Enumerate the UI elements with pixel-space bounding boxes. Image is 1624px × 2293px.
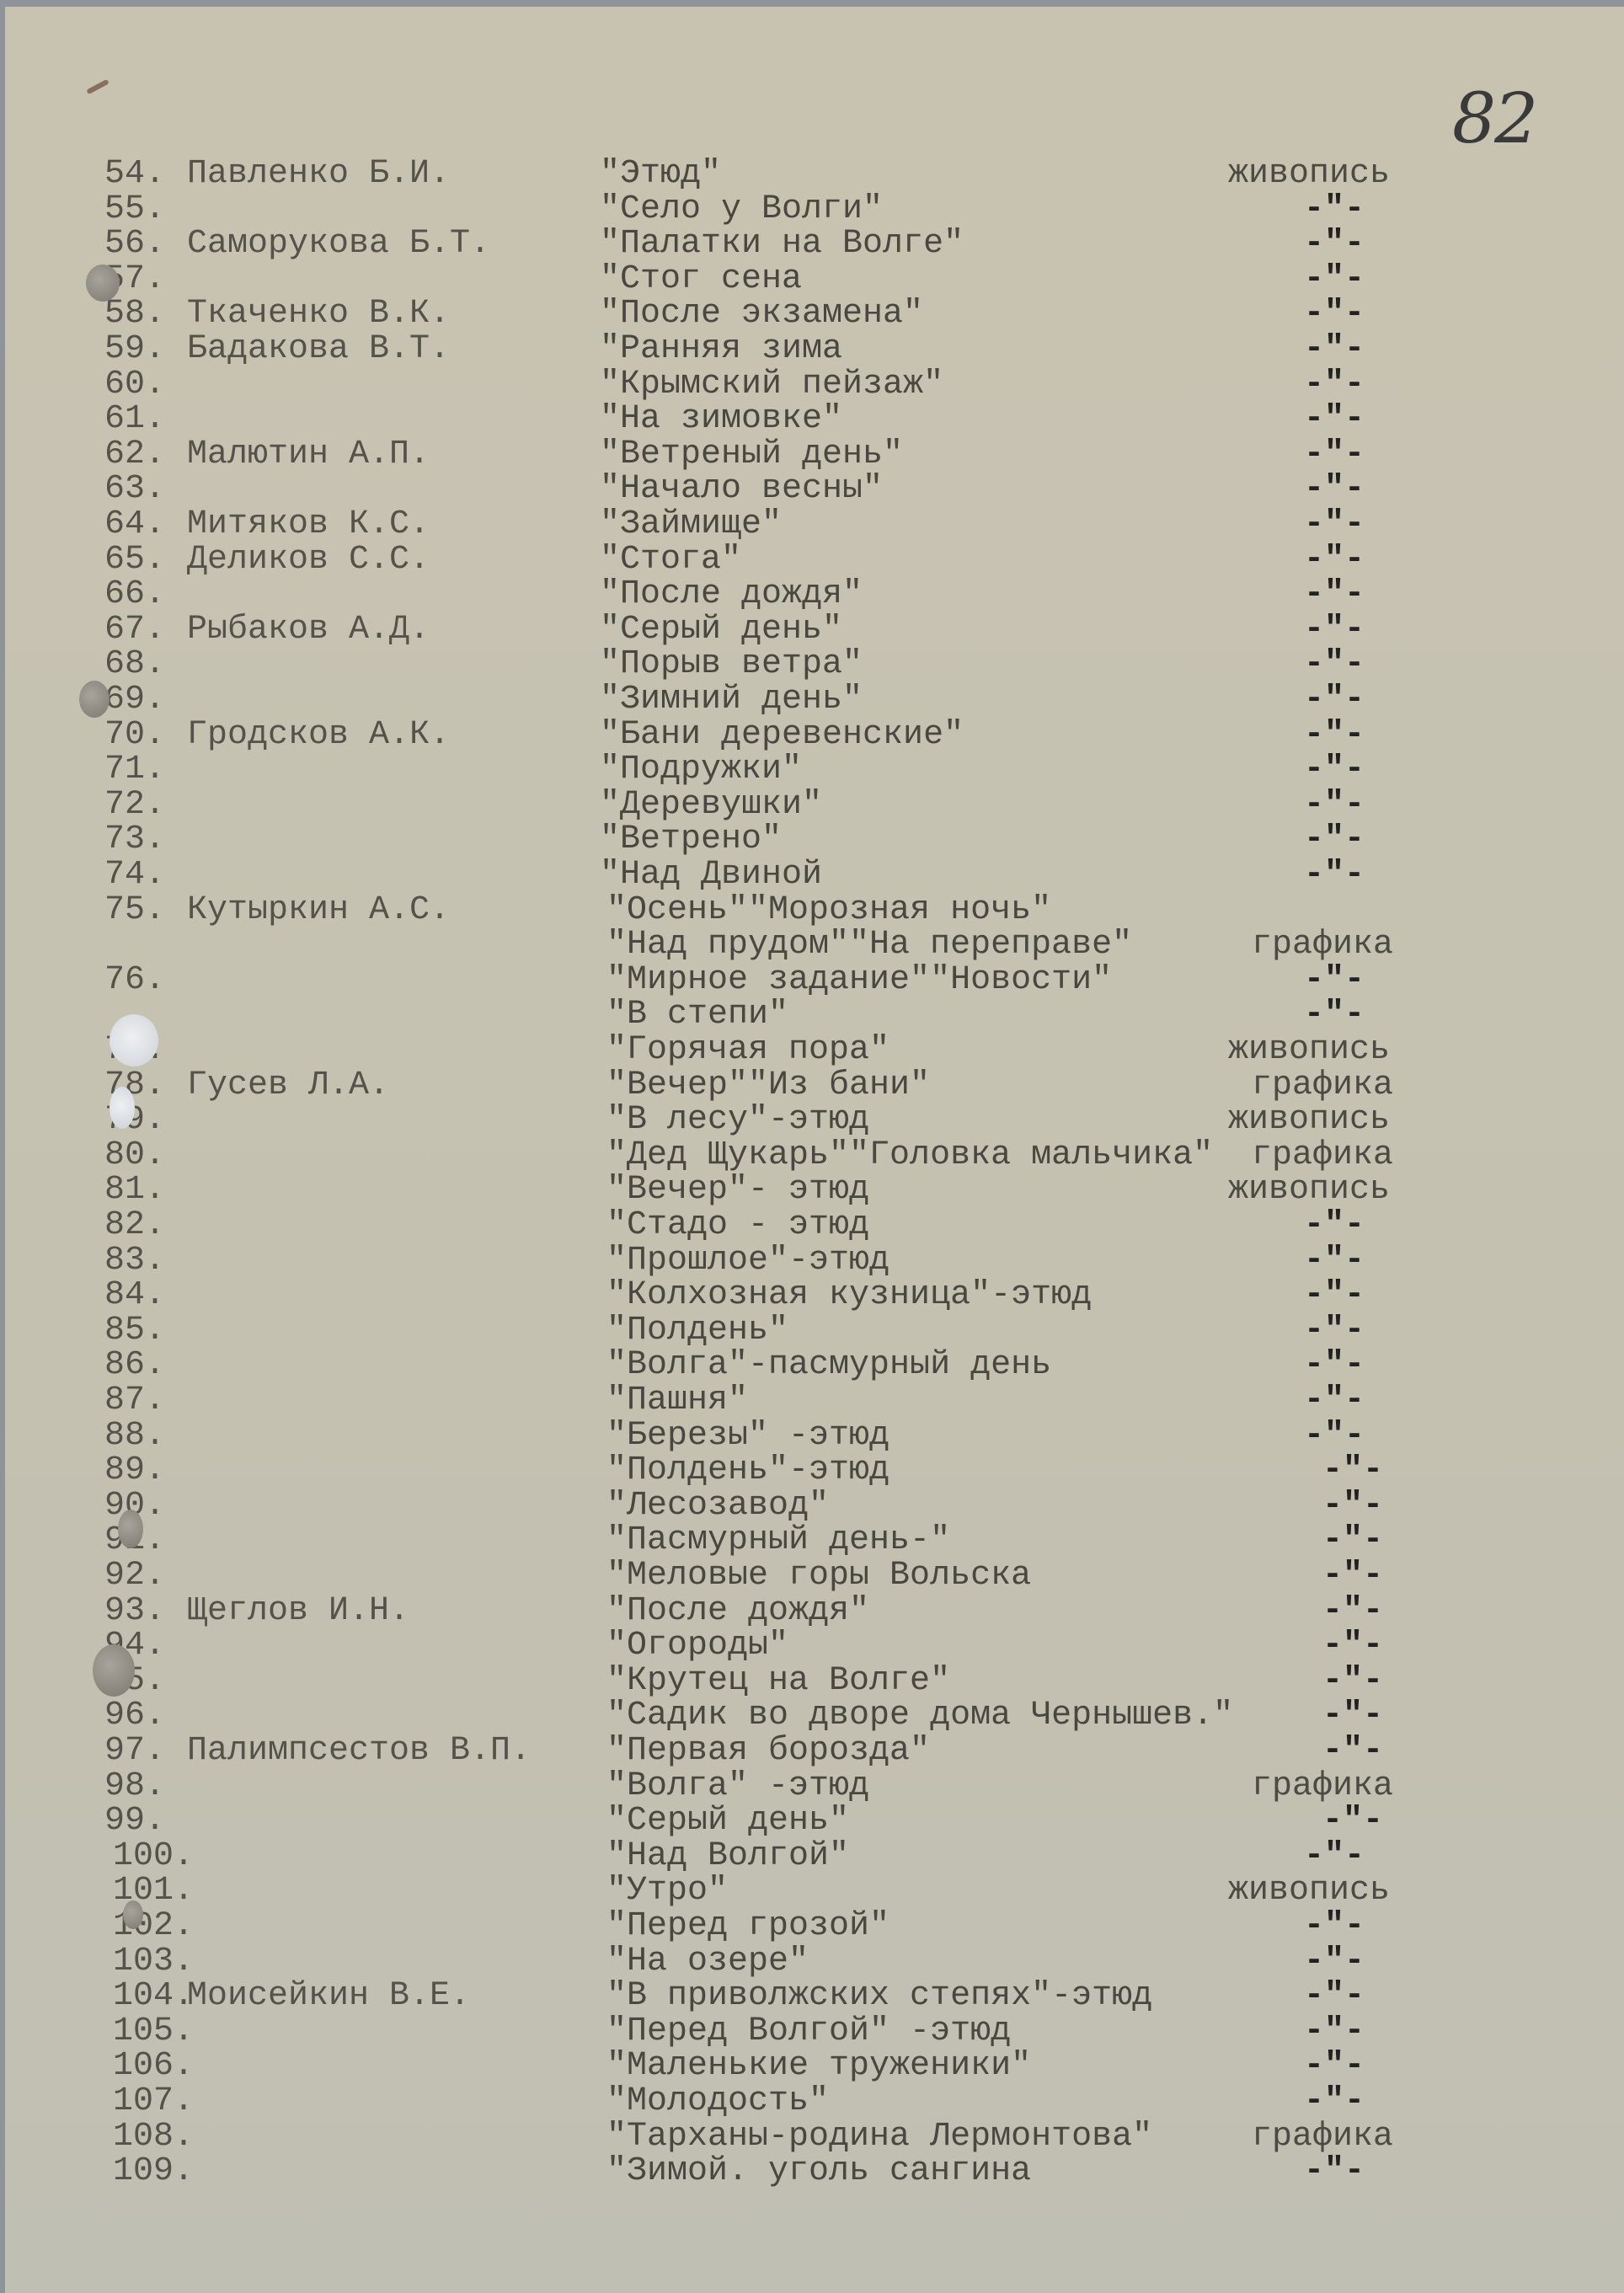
- artwork-category: живопись: [1228, 1103, 1390, 1138]
- artwork-title: "Стог сена: [600, 262, 802, 297]
- entry-number: 106.: [113, 2049, 194, 2084]
- list-item: 87."Пашня"-"-: [5, 1383, 1605, 1419]
- artwork-category: -"-: [1304, 507, 1365, 543]
- entry-number: 92.: [104, 1558, 165, 1594]
- artwork-category: -"-: [1322, 1628, 1383, 1664]
- artwork-category: живопись: [1228, 1033, 1390, 1068]
- artwork-title: "Палатки на Волге": [600, 227, 964, 262]
- list-item: 56.Саморукова Б.Т."Палатки на Волге"-"-: [5, 227, 1605, 262]
- list-item: 58.Ткаченко В.К."После экзамена"-"-: [5, 297, 1605, 332]
- artwork-title: "Над прудом""На переправе": [606, 927, 1132, 963]
- artwork-category: графика: [1252, 927, 1393, 963]
- artwork-title: "Пасмурный день-": [606, 1523, 950, 1558]
- artwork-category: -"-: [1322, 1523, 1383, 1558]
- artwork-category: -"-: [1304, 367, 1365, 403]
- artwork-title: "На озере": [606, 1944, 809, 1980]
- list-item: 69."Зимний день"-"-: [5, 682, 1605, 718]
- artwork-category: -"-: [1304, 647, 1365, 682]
- artwork-category: -"-: [1304, 1313, 1365, 1349]
- entry-number: 61.: [104, 402, 165, 437]
- artwork-category: -"-: [1304, 1979, 1365, 2014]
- artist-name: Щеглов И.Н.: [187, 1594, 409, 1629]
- artwork-title: "Перед Волгой" -этюд: [606, 2014, 1011, 2050]
- artwork-title: "Вечер"- этюд: [606, 1173, 869, 1208]
- artwork-category: -"-: [1304, 2049, 1365, 2084]
- artist-name: Кутыркин А.С.: [187, 893, 450, 928]
- artwork-title: "Прошлое"-этюд: [606, 1243, 889, 1279]
- artwork-category: -"-: [1304, 1839, 1365, 1874]
- list-item: 108."Тарханы-родина Лермонтова"графика: [5, 2119, 1605, 2155]
- punch-hole: [123, 1900, 143, 1929]
- entry-number: 65.: [104, 543, 165, 578]
- artwork-category: -"-: [1304, 858, 1365, 893]
- artwork-title: "Серый день": [606, 1804, 849, 1839]
- artwork-category: живопись: [1228, 1873, 1390, 1909]
- artwork-title: "Перед грозой": [606, 1909, 889, 1944]
- artist-name: Рыбаков А.Д.: [187, 612, 430, 648]
- entry-number: 58.: [104, 297, 165, 332]
- list-item: 109."Зимой. уголь сангина-"-: [5, 2154, 1605, 2189]
- artwork-category: -"-: [1322, 1489, 1383, 1524]
- entry-number: 59.: [104, 332, 165, 367]
- list-item: 62.Малютин А.П."Ветреный день"-"-: [5, 437, 1605, 473]
- list-item: 91."Пасмурный день-"-"-: [5, 1523, 1605, 1558]
- artwork-title: "Займище": [600, 507, 782, 543]
- artwork-category: -"-: [1304, 718, 1365, 753]
- list-item: 90."Лесозавод"-"-: [5, 1489, 1605, 1524]
- list-item: 101."Утро"живопись: [5, 1873, 1605, 1909]
- entry-number: 100.: [113, 1839, 194, 1874]
- artwork-title: "В приволжских степях"-этюд: [606, 1979, 1152, 2014]
- entry-number: 72.: [104, 788, 165, 823]
- list-item: 64.Митяков К.С."Займище"-"-: [5, 507, 1605, 543]
- entry-number: 74.: [104, 858, 165, 893]
- artwork-title: "Этюд": [600, 157, 721, 192]
- entry-number: 62.: [104, 437, 165, 473]
- entry-number: 99.: [104, 1804, 165, 1839]
- handwritten-page-number: 82: [1452, 79, 1536, 159]
- punch-hole: [79, 681, 110, 718]
- list-item: 54.Павленко Б.И."Этюд"живопись: [5, 157, 1605, 192]
- list-item: 74."Над Двиной-"-: [5, 858, 1605, 893]
- artwork-title: "Волга" -этюд: [606, 1769, 869, 1804]
- artwork-title: "Крутец на Волге": [606, 1664, 950, 1699]
- artwork-category: -"-: [1304, 752, 1365, 788]
- artwork-category: -"-: [1304, 543, 1365, 578]
- punch-hole: [86, 265, 120, 302]
- artwork-category: живопись: [1228, 157, 1390, 192]
- entry-number: 64.: [104, 507, 165, 543]
- artwork-category: -"-: [1304, 192, 1365, 227]
- artwork-category: -"-: [1304, 788, 1365, 823]
- list-item: 77."Горячая пора"живопись: [5, 1033, 1605, 1068]
- artwork-title: "Тарханы-родина Лермонтова": [606, 2119, 1152, 2155]
- artwork-title: "Зимой. уголь сангина: [606, 2154, 1031, 2189]
- artwork-category: -"-: [1304, 577, 1365, 612]
- artwork-category: -"-: [1304, 402, 1365, 437]
- artwork-title: "После дождя": [600, 577, 863, 612]
- entry-number: 66.: [104, 577, 165, 612]
- list-item: "В степи"-"-: [5, 997, 1605, 1033]
- artwork-title: "Ветреный день": [600, 437, 903, 473]
- artwork-title: "Крымский пейзаж": [600, 367, 943, 403]
- artwork-category: -"-: [1322, 1804, 1383, 1839]
- artwork-category: живопись: [1228, 1173, 1390, 1208]
- artwork-title: "Начало весны": [600, 472, 883, 507]
- list-item: 106."Маленькие труженики"-"-: [5, 2049, 1605, 2084]
- artwork-title: "Над Двиной: [600, 858, 822, 893]
- artwork-title: "Стадо - этюд: [606, 1208, 869, 1243]
- artwork-title: "Волга"-пасмурный день: [606, 1348, 1051, 1383]
- list-item: 84."Колхозная кузница"-этюд-"-: [5, 1278, 1605, 1313]
- list-item: 102."Перед грозой"-"-: [5, 1909, 1605, 1944]
- artist-name: Митяков К.С.: [187, 507, 430, 543]
- list-item: 70.Гродсков А.К."Бани деревенские"-"-: [5, 718, 1605, 753]
- list-item: 73."Ветрено"-"-: [5, 822, 1605, 858]
- entry-number: 86.: [104, 1348, 165, 1383]
- list-item: 94."Огороды"-"-: [5, 1628, 1605, 1664]
- artwork-title: "Ветрено": [600, 822, 782, 858]
- artwork-category: -"-: [1322, 1594, 1383, 1629]
- list-item: 76."Мирное задание""Новости"-"-: [5, 963, 1605, 998]
- list-item: 83."Прошлое"-этюд-"-: [5, 1243, 1605, 1279]
- list-item: 104.Моисейкин В.Е."В приволжских степях"…: [5, 1979, 1605, 2014]
- list-item: 66."После дождя"-"-: [5, 577, 1605, 612]
- punch-hole: [118, 1510, 143, 1548]
- artwork-category: -"-: [1304, 1909, 1365, 1944]
- list-item: 82."Стадо - этюд-"-: [5, 1208, 1605, 1243]
- artwork-category: -"-: [1304, 1278, 1365, 1313]
- document-page: 82 54.Павленко Б.И."Этюд"живопись55."Сел…: [5, 7, 1624, 2293]
- list-item: 68."Порыв ветра"-"-: [5, 647, 1605, 682]
- artwork-category: -"-: [1304, 682, 1365, 718]
- artwork-category: графика: [1252, 1138, 1393, 1173]
- artwork-category: -"-: [1304, 227, 1365, 262]
- list-item: 96."Садик во дворе дома Чернышев."-"-: [5, 1698, 1605, 1734]
- list-item: 81."Вечер"- этюдживопись: [5, 1173, 1605, 1208]
- artist-name: Палимпсестов В.П.: [187, 1734, 531, 1769]
- entry-number: 107.: [113, 2084, 194, 2119]
- entry-number: 76.: [104, 963, 165, 998]
- entry-number: 56.: [104, 227, 165, 262]
- artwork-title: "Полдень": [606, 1313, 788, 1349]
- artwork-title: "Садик во дворе дома Чернышев.": [606, 1698, 1233, 1734]
- artwork-title: "Молодость": [606, 2084, 829, 2119]
- artwork-title: "Вечер""Из бани": [606, 1068, 930, 1104]
- entry-number: 60.: [104, 367, 165, 403]
- artwork-category: графика: [1252, 1068, 1393, 1104]
- artwork-category: -"-: [1304, 822, 1365, 858]
- list-item: 72."Деревушки"-"-: [5, 788, 1605, 823]
- ink-mark: [86, 79, 110, 94]
- list-item: 80."Дед Щукарь""Головка мальчика"графика: [5, 1138, 1605, 1173]
- artist-name: Малютин А.П.: [187, 437, 430, 473]
- artwork-title: "Мирное задание""Новости": [606, 963, 1112, 998]
- list-item: 98."Волга" -этюдграфика: [5, 1769, 1605, 1804]
- artwork-category: -"-: [1304, 472, 1365, 507]
- artist-name: Павленко Б.И.: [187, 157, 450, 192]
- list-item: 103."На озере"-"-: [5, 1944, 1605, 1980]
- list-item: 71."Подружки"-"-: [5, 752, 1605, 788]
- list-item: 95."Крутец на Волге"-"-: [5, 1664, 1605, 1699]
- artwork-category: -"-: [1304, 332, 1365, 367]
- artwork-category: -"-: [1304, 437, 1365, 473]
- artwork-title: "Серый день": [600, 612, 842, 648]
- entry-number: 67.: [104, 612, 165, 648]
- artwork-title: "На зимовке": [600, 402, 842, 437]
- entry-number: 70.: [104, 718, 165, 753]
- list-item: 63."Начало весны"-"-: [5, 472, 1605, 507]
- artwork-category: графика: [1252, 2119, 1393, 2155]
- artwork-title: "Березы" -этюд: [606, 1419, 889, 1454]
- list-item: 75.Кутыркин А.С."Осень""Морозная ночь": [5, 893, 1605, 928]
- punch-hole: [110, 1087, 135, 1129]
- artwork-category: -"-: [1304, 997, 1365, 1033]
- list-item: 99."Серый день"-"-: [5, 1804, 1605, 1839]
- list-item: 67.Рыбаков А.Д."Серый день"-"-: [5, 612, 1605, 648]
- entry-number: 104.: [113, 1979, 194, 2014]
- artist-name: Гусев Л.А.: [187, 1068, 389, 1104]
- artwork-title: "Осень""Морозная ночь": [606, 893, 1051, 928]
- artwork-title: "Горячая пора": [606, 1033, 889, 1068]
- artwork-title: "Маленькие труженики": [606, 2049, 1031, 2084]
- entry-number: 98.: [104, 1769, 165, 1804]
- entry-number: 68.: [104, 647, 165, 682]
- artwork-title: "Первая борозда": [606, 1734, 930, 1769]
- entry-number: 109.: [113, 2154, 194, 2189]
- artist-name: Саморукова Б.Т.: [187, 227, 490, 262]
- list-item: 92."Меловые горы Вольска-"-: [5, 1558, 1605, 1594]
- artwork-category: -"-: [1304, 963, 1365, 998]
- artist-name: Деликов С.С.: [187, 543, 430, 578]
- list-item: 85."Полдень"-"-: [5, 1313, 1605, 1349]
- artwork-category: -"-: [1304, 1944, 1365, 1980]
- artwork-title: "Дед Щукарь""Головка мальчика": [606, 1138, 1213, 1173]
- artwork-title: "Деревушки": [600, 788, 822, 823]
- artwork-title: "Лесозавод": [606, 1489, 829, 1524]
- artwork-category: -"-: [1304, 2014, 1365, 2050]
- list-item: 86."Волга"-пасмурный день-"-: [5, 1348, 1605, 1383]
- entry-number: 96.: [104, 1698, 165, 1734]
- artist-name: Моисейкин В.Е.: [187, 1979, 470, 2014]
- entry-number: 83.: [104, 1243, 165, 1279]
- artwork-title: "Зимний день": [600, 682, 863, 718]
- artwork-title: "Колхозная кузница"-этюд: [606, 1278, 1092, 1313]
- artist-name: Бадакова В.Т.: [187, 332, 450, 367]
- artwork-title: "После экзамена": [600, 297, 923, 332]
- list-item: 78.Гусев Л.А."Вечер""Из бани"графика: [5, 1068, 1605, 1104]
- artwork-category: -"-: [1304, 612, 1365, 648]
- entry-number: 81.: [104, 1173, 165, 1208]
- artwork-title: "Порыв ветра": [600, 647, 863, 682]
- entry-number: 73.: [104, 822, 165, 858]
- artwork-title: "Ранняя зима: [600, 332, 842, 367]
- artwork-title: "В лесу"-этюд: [606, 1103, 869, 1138]
- artwork-category: -"-: [1304, 262, 1365, 297]
- artwork-category: -"-: [1304, 1348, 1365, 1383]
- list-item: 59.Бадакова В.Т."Ранняя зима-"-: [5, 332, 1605, 367]
- artwork-title: "Полдень"-этюд: [606, 1453, 889, 1489]
- list-item: 65.Деликов С.С."Стога"-"-: [5, 543, 1605, 578]
- artwork-category: -"-: [1304, 1208, 1365, 1243]
- entry-number: 85.: [104, 1313, 165, 1349]
- entry-number: 108.: [113, 2119, 194, 2155]
- entry-number: 69.: [104, 682, 165, 718]
- list-item: 107."Молодость"-"-: [5, 2084, 1605, 2119]
- artwork-title: "Село у Волги": [600, 192, 883, 227]
- artist-name: Ткаченко В.К.: [187, 297, 450, 332]
- entry-number: 88.: [104, 1419, 165, 1454]
- entry-number: 87.: [104, 1383, 165, 1419]
- list-item: 89."Полдень"-этюд-"-: [5, 1453, 1605, 1489]
- artwork-category: -"-: [1304, 2084, 1365, 2119]
- entry-number: 55.: [104, 192, 165, 227]
- artwork-category: -"-: [1322, 1453, 1383, 1489]
- punch-hole: [110, 1014, 158, 1066]
- artwork-category: -"-: [1322, 1558, 1383, 1594]
- list-item: 97.Палимпсестов В.П."Первая борозда"-"-: [5, 1734, 1605, 1769]
- list-item: 105."Перед Волгой" -этюд-"-: [5, 2014, 1605, 2050]
- entry-number: 105.: [113, 2014, 194, 2050]
- artwork-category: -"-: [1304, 2154, 1365, 2189]
- entry-number: 93.: [104, 1594, 165, 1629]
- entry-number: 89.: [104, 1453, 165, 1489]
- entry-number: 71.: [104, 752, 165, 788]
- artwork-category: -"-: [1322, 1664, 1383, 1699]
- entry-number: 101.: [113, 1873, 194, 1909]
- artwork-category: -"-: [1322, 1734, 1383, 1769]
- artwork-category: -"-: [1322, 1698, 1383, 1734]
- artwork-title: "Пашня": [606, 1383, 748, 1419]
- artwork-category: -"-: [1304, 1383, 1365, 1419]
- artwork-title: "Огороды": [606, 1628, 788, 1664]
- artwork-category: -"-: [1304, 1243, 1365, 1279]
- artwork-title: "Стога": [600, 543, 741, 578]
- artwork-title: "Бани деревенские": [600, 718, 964, 753]
- artwork-category: -"-: [1304, 297, 1365, 332]
- artwork-category: -"-: [1304, 1419, 1365, 1454]
- list-item: 79."В лесу"-этюдживопись: [5, 1103, 1605, 1138]
- list-item: 60."Крымский пейзаж"-"-: [5, 367, 1605, 403]
- entry-number: 84.: [104, 1278, 165, 1313]
- list-item: 100."Над Волгой"-"-: [5, 1839, 1605, 1874]
- entry-number: 54.: [104, 157, 165, 192]
- artwork-title: "После дождя": [606, 1594, 869, 1629]
- artwork-category: графика: [1252, 1769, 1393, 1804]
- list-item: 57."Стог сена-"-: [5, 262, 1605, 297]
- artwork-title: "Подружки": [600, 752, 802, 788]
- entry-number: 80.: [104, 1138, 165, 1173]
- list-item: 88."Березы" -этюд-"-: [5, 1419, 1605, 1454]
- punch-hole: [93, 1644, 135, 1697]
- list-item: 93.Щеглов И.Н."После дождя"-"-: [5, 1594, 1605, 1629]
- entry-number: 103.: [113, 1944, 194, 1980]
- artist-name: Гродсков А.К.: [187, 718, 450, 753]
- entry-number: 63.: [104, 472, 165, 507]
- list-item: 61."На зимовке"-"-: [5, 402, 1605, 437]
- list-item: "Над прудом""На переправе"графика: [5, 927, 1605, 963]
- artwork-title: "Меловые горы Вольска: [606, 1558, 1031, 1594]
- artwork-title: "Над Волгой": [606, 1839, 849, 1874]
- artwork-title: "В степи": [606, 997, 788, 1033]
- list-item: 55."Село у Волги"-"-: [5, 192, 1605, 227]
- entry-number: 75.: [104, 893, 165, 928]
- entry-number: 82.: [104, 1208, 165, 1243]
- entry-number: 97.: [104, 1734, 165, 1769]
- artwork-title: "Утро": [606, 1873, 728, 1909]
